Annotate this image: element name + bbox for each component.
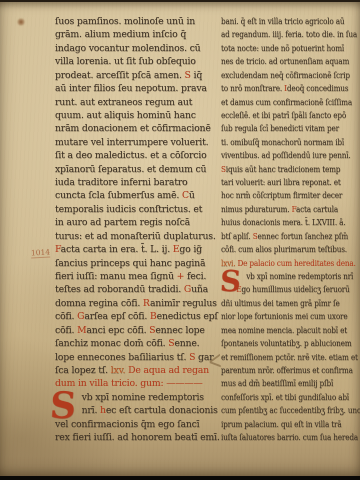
text-line: et remiſſionem pctōr. nrē vite. etiam et [221,351,344,364]
text-line: teſtes ad roborandū tradidi. Guña [55,283,217,296]
text-segment: cuncta ſcla ſubmerſus amē. [55,190,182,201]
text-segment: deoq̄ concedimus [287,84,348,93]
margin-year-note: 1014 [31,249,51,259]
text-line: hoc nrm̄ cōſcriptum firmiter decer [221,189,344,202]
text-line: mus ad dm̄ beatiſſimī emilij pſbī [221,377,344,390]
text-column-left: ſuos pamſinos. molinoſe unū ingrām. aliu… [55,15,217,445]
text-line: iprum palacium. qui eſt in villa trā [221,418,344,431]
text-segment: nimus pduraturum. [221,205,292,214]
rubric-segment: lxv. [111,365,126,376]
rubric-segment: De palacio cum hereditates dena. [235,259,355,268]
text-column-right: bani. q̄ eſt in villa tricio agricolo aū… [221,15,344,445]
text-segment: runt. aut extraneos regum aut [55,97,192,108]
text-line: et damus cum confirmacionē ſciſſima [221,96,344,109]
text-line: btſ apliſ. Sennec fortun ſanchez pſm̄ [221,230,344,243]
text-segment: xpīanorū ſeparatus. et demum cū [55,164,206,175]
text-segment: villa lorenia. ut ſit ſub obſequio [55,56,196,67]
text-line: parentum nrōr. offerimus et confirma [221,364,344,377]
text-segment: uña [191,284,208,295]
text-line: dñi ultimus dei tamen grā pīmr ſe [221,297,344,310]
dropcap-initial-right: S [219,268,242,294]
text-line: confeſſoris xpī. et tibi gundiſaluo abī [221,391,344,404]
text-line: turus: et ad monaſteriū duplaturus. [55,230,217,243]
text-segment: iq̄ [191,70,202,81]
text-segment: mus ad dm̄ beatiſſimī emilij pſbī [221,379,333,388]
text-segment: cōfi. [55,325,77,336]
rubric-segment: De aqua ad regan [125,365,209,376]
text-line: temporalis iudicis conſtrictus. et [55,203,217,216]
text-segment: huius donacionis mera. t̄. LXVIII. ā. [221,218,345,227]
text-segment: in auro ad partem regis noſcā [55,217,190,228]
text-segment: tota nocte: unde nō potuerint homī [221,44,344,53]
text-segment: mea nomine mencia. placuit nobī et [221,326,347,335]
text-segment: enne. [174,338,199,349]
text-line: ſanchiz monac dom̄ cōfi. Senne. [55,337,217,350]
text-line: rex fieri iuſſi. ad honorem beatī emī. [55,431,217,444]
text-segment: go humillimus uidelicʒ ſeruorū [241,285,349,294]
text-line: Facta carta in era. t̄. L. ij. Ego ig̃ [55,243,217,256]
text-segment: prodeat. arceſſit pſcā amen. [55,70,185,81]
rubric-segment: C [182,190,189,201]
text-segment: nrī. [82,405,100,416]
text-line: aū inter filios ſeu nepotum. prava [55,82,217,95]
text-line: ſancius princeps qui hanc paginā [55,257,217,270]
text-segment: cōfi. [55,311,77,322]
text-line: cōfi. Garſea epſ cōfi. Benedictus epſ [55,310,217,323]
parchment-page: ſuos pamſinos. molinoſe unū ingrām. aliu… [0,2,360,476]
rubric-segment: M [77,325,86,336]
text-line: nrī. hec eſt cartula donacionis [55,404,217,417]
text-segment: turus: et ad monaſteriū duplaturus. [55,231,216,242]
rubric-segment: G [77,311,84,322]
text-line: xpīanorū ſeparatus. et demum cū [55,163,217,176]
text-line: nrām donacionem et cōfirmacionē [55,122,217,135]
text-line: ad regandum. iiij. feria. toto die. in ſ… [221,28,344,41]
text-line: to nrō monſtrare. Ideoq̄ concedimus [221,82,344,95]
text-segment: ennec fortun ſanchez pſm̄ [258,232,348,241]
text-line: tari voluerit: auri libra reponat. et [221,176,344,189]
dropcap-initial-left: S [49,390,77,422]
text-line: indago vocantur molendinos. cū [55,42,217,55]
text-line: iuſta ſaluatores barrio. cum ſua hereda [221,431,344,444]
text-segment: ſit a deo maledictus. et a cōſorcio [55,150,207,161]
text-segment: feci. [184,271,206,282]
text-segment: vel confirmacionis q̄m ego ſancī [55,419,199,430]
text-segment: cōfi. cum alios plurimarum teſtibus. [221,245,347,254]
manuscript-photo: ſuos pamſinos. molinoſe unū ingrām. aliu… [0,0,360,480]
text-segment: nrām donacionem et cōfirmacionē [55,123,211,134]
text-line: quum. aut aliquis hominū hanc [55,109,217,122]
text-line: vel confirmacionis q̄m ego ſancī [55,418,217,431]
text-segment: iuſta ſaluatores barrio. cum ſua hereda [221,433,358,442]
text-segment: iprum palacium. qui eſt in villa trā [221,420,341,429]
text-line: Siquis aūt hanc tradicionem temp [221,163,344,176]
text-line: huius donacionis mera. t̄. LXVIII. ā. [221,216,344,229]
text-segment: lope ennecones baſiliarius tſ. [55,352,189,363]
text-segment: ſca lopez tſ. [55,365,111,376]
photo-bottom-edge [0,476,360,480]
text-segment: rex fieri iuſſi. ad honorem beatī emī. [55,432,220,443]
text-line: cōfi. Manci epc cōfi. Sennec lope [55,324,217,337]
text-segment: anci epc cōfi. [86,325,149,336]
text-line: grām. alium medium inſcio q̄ [55,28,217,41]
text-segment: nior lope fortunionis mei cum uxore [221,312,347,321]
text-line: prodeat. arceſſit pſcā amen. S iq̄ [55,69,217,82]
text-segment: animīr regulus [150,298,217,309]
text-segment: excludendam neq̄ cōfirmacionē ſcrip [221,71,350,80]
text-segment: nes de tricio. ad ortunenſiam aquam [221,57,349,66]
text-line: cōfi. cum alios plurimarum teſtibus. [221,243,344,256]
text-line: nes de tricio. ad ortunenſiam aquam [221,55,344,68]
text-segment: ſancius princeps qui hanc paginā [55,258,205,269]
text-line: ſit a deo maledictus. et a cōſorcio [55,149,217,162]
text-segment: iuda traditore inferni baratro [55,177,187,188]
text-segment: indago vocantur molendinos. cū [55,43,200,54]
text-line: tota nocte: unde nō potuerint homī [221,42,344,55]
text-line: lope ennecones baſiliarius tſ. S gar [55,351,217,364]
ink-spot [17,18,25,26]
margin-chevron-mark: < [207,349,223,377]
text-segment: go ig̃ [179,244,202,255]
text-segment: quum. aut aliquis hominū hanc [55,110,196,121]
text-segment: grām. alium medium inſcio q̄ [55,29,186,40]
text-segment: et remiſſionem pctōr. nrē vite. etiam et [221,353,358,362]
text-line: eccleſiē. et ibi patrī ſpāli ſancto epō [221,109,344,122]
text-segment: ſuos pamſinos. molinoſe unū in [55,16,195,27]
text-line: villa lorenia. ut ſit ſub obſequio [55,55,217,68]
text-segment: bani. q̄ eſt in villa tricio agricolo aū [221,17,344,26]
text-line: ſca lopez tſ. lxv. De aqua ad regan [55,364,217,377]
text-segment: ſanchiz monac dom̄ cōfi. [55,338,168,349]
text-segment: to nrō monſtrare. [221,84,284,93]
text-segment: tari voluerit: auri libra reponat. et [221,178,341,187]
text-line: nimus pduraturum. Facta cartula [221,203,344,216]
text-segment: ū [189,190,195,201]
text-segment: btſ apliſ. [221,232,253,241]
text-line: excludendam neq̄ cōfirmacionē ſcrip [221,69,344,82]
text-line: nior lope fortunionis mei cum uxore [221,310,344,323]
text-segment: teſtes ad roborandū tradidi. [55,284,184,295]
text-segment: ec eſt cartula donacionis [106,405,218,416]
text-line: cuncta ſcla ſubmerſus amē. Cū [55,189,217,202]
text-segment: confeſſoris xpī. et tibi gundiſaluo abī [221,393,349,402]
text-line: runt. aut extraneos regum aut [55,96,217,109]
text-segment: aū inter filios ſeu nepotum. prava [55,83,207,94]
text-segment: hoc nrm̄ cōſcriptum firmiter decer [221,191,342,200]
text-segment: ſub regula ſcī benedicti vitam per [221,124,339,133]
text-line: cum pſentibʒ ac ſuccedentibʒ fribʒ. uno [221,404,344,417]
text-segment: dñi ultimus dei tamen grā pīmr ſe [221,299,340,308]
text-line: bani. q̄ eſt in villa tricio agricolo aū [221,15,344,28]
text-segment: ti. omibuſq̄ monachorū normam ibī [221,138,344,147]
text-segment: vb xpī nomine redemptoris [82,392,204,403]
text-line: ſpontaneis voluntatibʒ. p ablucionem [221,337,344,350]
text-line: viventibus. ad poſſidendū iure pennī. [221,149,344,162]
text-segment: ad regandum. iiij. feria. toto die. in ſ… [221,30,357,39]
text-segment: vb xpī nomine redemptoris nrī [246,272,353,281]
text-line: ſuos pamſinos. molinoſe unū in [55,15,217,28]
text-segment: mutare vel interrumpere voluerit. [55,137,208,148]
text-line: mutare vel interrumpere voluerit. [55,136,217,149]
text-segment: eccleſiē. et ibi patrī ſpāli ſancto epō [221,111,346,120]
text-line: mea nomine mencia. placuit nobī et [221,324,344,337]
text-line: ti. omibuſq̄ monachorū normam ibī [221,136,344,149]
text-line: vb xpī nomine redemptoris [55,391,217,404]
text-segment: acta cartula [296,205,338,214]
text-segment: domna regina cōfi. [55,298,143,309]
text-segment: arſea epſ cōfi. [84,311,150,322]
text-line: ſub regula ſcī benedicti vitam per [221,122,344,135]
text-segment: fieri iuſſi: manu mea ſignū [55,271,177,282]
text-line: fieri iuſſi: manu mea ſignū + feci. [55,270,217,283]
text-line: domna regina cōfi. Ranimīr regulus [55,297,217,310]
text-segment: viventibus. ad poſſidendū iure pennī. [221,151,351,160]
text-segment: temporalis iudicis conſtrictus. et [55,204,202,215]
text-segment: enedictus epſ [157,311,218,322]
text-segment: et damus cum confirmacionē ſciſſima [221,98,352,107]
text-line: dum in villa tricio. gum: ———— [55,377,217,390]
text-segment: cum pſentibʒ ac ſuccedentibʒ fribʒ. uno [221,406,360,415]
text-segment: acta carta in era. t̄. L. ij. [61,244,173,255]
text-segment: iquis aūt hanc tradicionem temp [226,165,340,174]
text-line: in auro ad partem regis noſcā [55,216,217,229]
text-segment: ennec lope [155,325,204,336]
text-segment: ſpontaneis voluntatibʒ. p ablucionem [221,339,352,348]
text-segment: parentum nrōr. offerimus et confirma [221,366,353,375]
text-line: iuda traditore inferni baratro [55,176,217,189]
